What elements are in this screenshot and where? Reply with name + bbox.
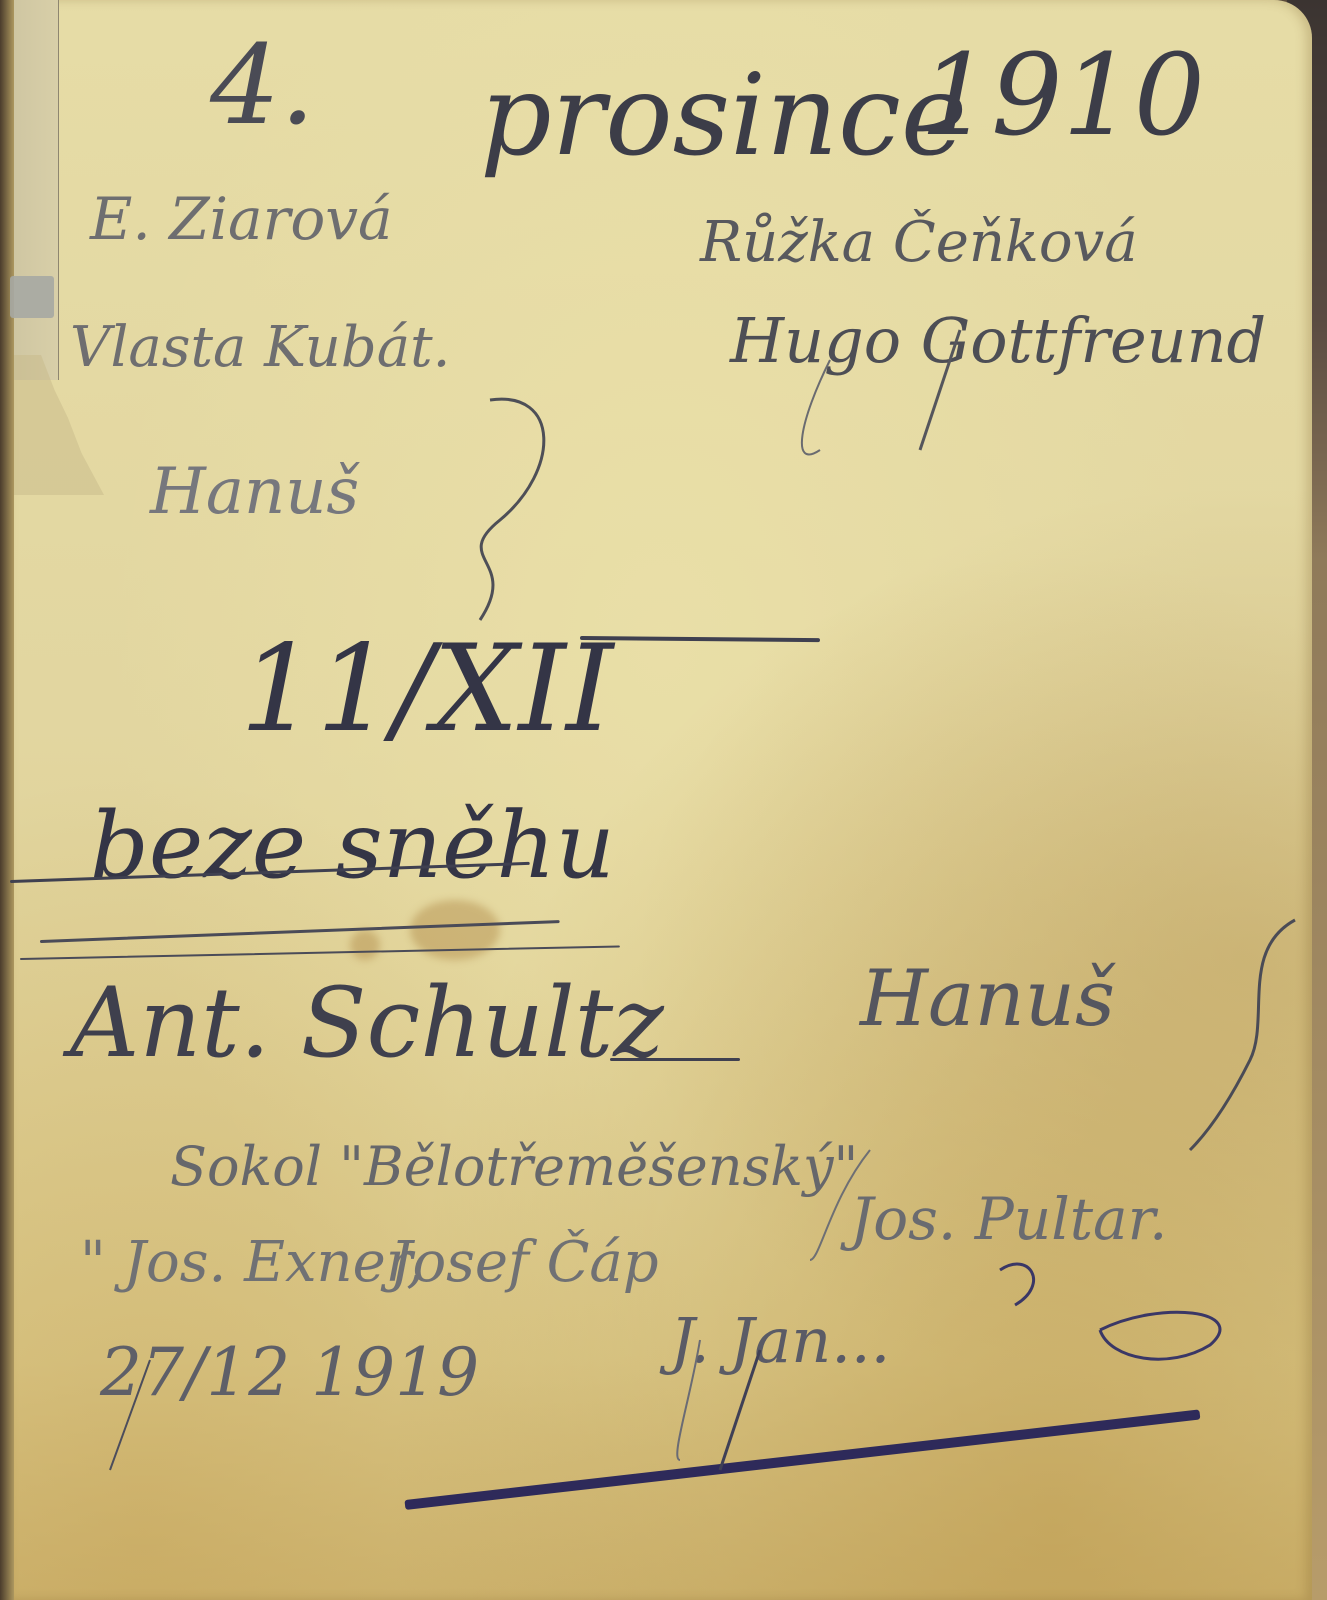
signature-schultz: Ant. Schultz bbox=[70, 975, 664, 1071]
signature-vlasta: Vlasta Kubát. bbox=[70, 320, 450, 376]
binding-strip bbox=[14, 0, 59, 380]
signature-josef: Josef Čáp bbox=[390, 1235, 659, 1291]
signature-hanus-top: Hanuš bbox=[150, 460, 359, 524]
date-note: 11/XII bbox=[240, 630, 613, 750]
schultz-flourish bbox=[610, 1058, 740, 1061]
heading-month: prosince bbox=[480, 60, 967, 172]
heading-day: 4. bbox=[210, 30, 315, 140]
signature-exner: " Jos. Exner, bbox=[80, 1235, 424, 1291]
weather-remark: beze sněhu bbox=[90, 800, 615, 892]
footer-signature: J. Jan... bbox=[670, 1310, 890, 1372]
sokol-title: Sokol "Bělotřeměšenský" bbox=[170, 1140, 858, 1194]
repair-tape bbox=[10, 276, 54, 318]
footer-date: 27/12 1919 bbox=[100, 1340, 479, 1406]
signature-ruzka: Růžka Čeňková bbox=[700, 215, 1138, 271]
signature-pultar: Jos. Pultar. bbox=[850, 1190, 1167, 1248]
signature-ziarova: E. Ziarová bbox=[90, 190, 393, 248]
signature-hanus-middle: Hanuš bbox=[860, 960, 1115, 1038]
heading-year: 1910 bbox=[920, 40, 1205, 152]
water-stain bbox=[350, 930, 380, 960]
signature-gottfreund: Hugo Gottfreund bbox=[730, 310, 1266, 372]
